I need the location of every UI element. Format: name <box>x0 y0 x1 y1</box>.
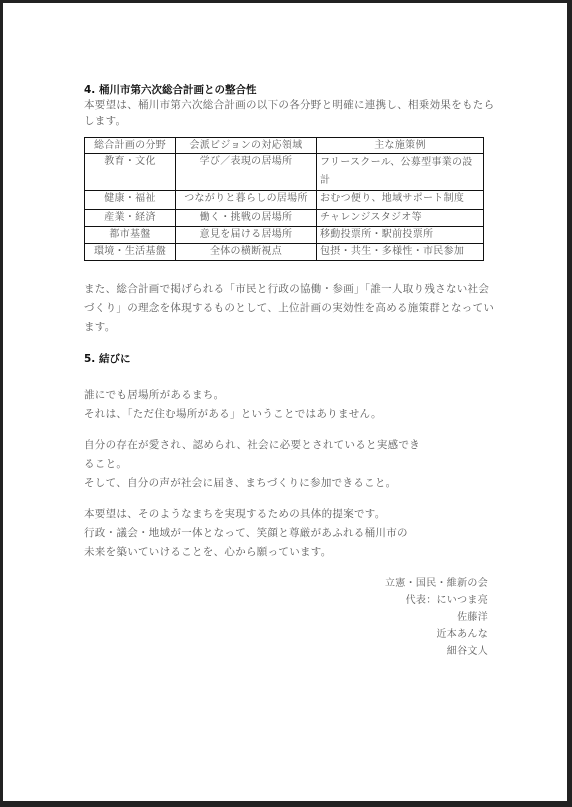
table-row: 教育・文化 学び／表現の居場所 フリースクール、公募型事業の設計 <box>85 154 484 191</box>
section-5-paragraph-2: 自分の存在が愛され、認められ、社会に必要とされていると実感でき ること。 そして… <box>84 436 489 493</box>
table-row: 健康・福祉 つながりと暮らしの居場所 おむつ便り、地域サポート制度 <box>85 191 484 210</box>
text-line: それは、「ただ住む場所がある」ということではありません。 <box>84 405 489 424</box>
section-4-closing: また、総合計画で掲げられる「市民と行政の協働・参画」「誰一人取り残さない社会 づ… <box>84 280 489 337</box>
table-row: 産業・経済 働く・挑戦の居場所 チャレンジスタジオ等 <box>85 210 484 227</box>
text-line: ます。 <box>84 318 489 337</box>
text-line: 自分の存在が愛され、認められ、社会に必要とされていると実感でき <box>84 436 489 455</box>
table-cell: 移動投票所・駅前投票所 <box>317 227 484 244</box>
table-cell: 働く・挑戦の居場所 <box>176 210 317 227</box>
text-line: します。 <box>84 114 489 130</box>
section-4-heading: 4. 桶川市第六次総合計画との整合性 <box>84 83 256 97</box>
table-header-row: 総合計画の分野 会派ビジョンの対応領域 主な施策例 <box>85 138 484 154</box>
table-row: 都市基盤 意見を届ける居場所 移動投票所・駅前投票所 <box>85 227 484 244</box>
text-line: そして、自分の声が社会に届き、まちづくりに参加できること。 <box>84 474 489 493</box>
document-page: 4. 桶川市第六次総合計画との整合性 本要望は、桶川市第六次総合計画の以下の各分… <box>3 3 567 801</box>
table-cell: おむつ便り、地域サポート制度 <box>317 191 484 210</box>
text-line: づくり」の理念を体現するものとして、上位計画の実効性を高める施策群となってい <box>84 299 489 318</box>
table-cell: つながりと暮らしの居場所 <box>176 191 317 210</box>
plan-alignment-table: 総合計画の分野 会派ビジョンの対応領域 主な施策例 教育・文化 学び／表現の居場… <box>84 137 484 261</box>
signature-block: 立憲・国民・維新の会 代表：にいつま亮 佐藤洋 近本あんな 細谷文人 <box>385 575 488 660</box>
table-cell: 健康・福祉 <box>85 191 176 210</box>
table-cell: 環境・生活基盤 <box>85 244 176 261</box>
section-5-paragraph-3: 本要望は、そのようなまちを実現するための具体的提案です。 行政・議会・地域が一体… <box>84 505 489 562</box>
text-line: 行政・議会・地域が一体となって、笑顔と尊厳があふれる桶川市の <box>84 524 489 543</box>
text-line: また、総合計画で掲げられる「市民と行政の協働・参画」「誰一人取り残さない社会 <box>84 280 489 299</box>
representative-name: 代表：にいつま亮 <box>385 592 488 609</box>
table-cell: 産業・経済 <box>85 210 176 227</box>
table-cell: 意見を届ける居場所 <box>176 227 317 244</box>
text-line: 本要望は、桶川市第六次総合計画の以下の各分野と明確に連携し、相乗効果をもたら <box>84 98 489 114</box>
table-cell: 教育・文化 <box>85 154 176 191</box>
section-5-heading: 5. 結びに <box>84 352 130 366</box>
party-name: 立憲・国民・維新の会 <box>385 575 488 592</box>
table-cell: 学び／表現の居場所 <box>176 154 317 191</box>
column-header: 総合計画の分野 <box>85 138 176 154</box>
member-name: 佐藤洋 <box>385 609 488 626</box>
member-name: 近本あんな <box>385 626 488 643</box>
text-line: ること。 <box>84 455 489 474</box>
table-cell: 全体の横断視点 <box>176 244 317 261</box>
text-line: 本要望は、そのようなまちを実現するための具体的提案です。 <box>84 505 489 524</box>
section-4-intro: 本要望は、桶川市第六次総合計画の以下の各分野と明確に連携し、相乗効果をもたら し… <box>84 98 489 129</box>
text-line: 未来を築いていけることを、心から願っています。 <box>84 543 489 562</box>
table-cell: フリースクール、公募型事業の設計 <box>317 154 484 191</box>
column-header: 会派ビジョンの対応領域 <box>176 138 317 154</box>
table-cell: 包摂・共生・多様性・市民参加 <box>317 244 484 261</box>
column-header: 主な施策例 <box>317 138 484 154</box>
section-5-paragraph-1: 誰にでも居場所があるまち。 それは、「ただ住む場所がある」ということではありませ… <box>84 386 489 424</box>
table-cell: チャレンジスタジオ等 <box>317 210 484 227</box>
table-row: 環境・生活基盤 全体の横断視点 包摂・共生・多様性・市民参加 <box>85 244 484 261</box>
table-cell: 都市基盤 <box>85 227 176 244</box>
member-name: 細谷文人 <box>385 643 488 660</box>
text-line: 誰にでも居場所があるまち。 <box>84 386 489 405</box>
